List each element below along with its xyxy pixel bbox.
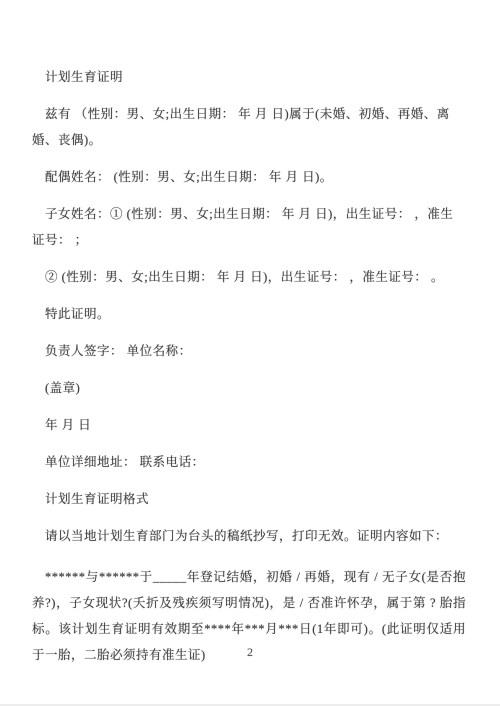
paragraph-child-2-info: ② (性别：男、女;出生日期： 年 月 日)，出生证号： ，准生证号： 。	[32, 264, 466, 290]
paragraph-applicant-info: 兹有 （性别：男、女;出生日期： 年 月 日)属于(未婚、初婚、再婚、离婚、丧偶…	[32, 101, 466, 153]
paragraph-child-1-info: 子女姓名：① (性别：男、女;出生日期： 年 月 日)，出生证号： ，准生证号：…	[32, 201, 466, 253]
paragraph-address-phone: 单位详细地址： 联系电话：	[32, 449, 466, 475]
paragraph-seal: (盖章)	[32, 375, 466, 401]
paragraph-spouse-info: 配偶姓名： (性别：男、女;出生日期： 年 月 日)。	[32, 164, 466, 190]
document-page: 计划生育证明 兹有 （性别：男、女;出生日期： 年 月 日)属于(未婚、初婚、再…	[0, 0, 500, 706]
paragraph-signature-unit: 负责人签字： 单位名称：	[32, 338, 466, 364]
page-number: 2	[0, 645, 500, 660]
paragraph-instructions: 请以当地计划生育部门为台头的稿纸抄写，打印无效。证明内容如下：	[32, 523, 466, 549]
paragraph-hereby-certify: 特此证明。	[32, 301, 466, 327]
document-title: 计划生育证明	[32, 64, 466, 90]
paragraph-format-title: 计划生育证明格式	[32, 486, 466, 512]
paragraph-date: 年 月 日	[32, 412, 466, 438]
